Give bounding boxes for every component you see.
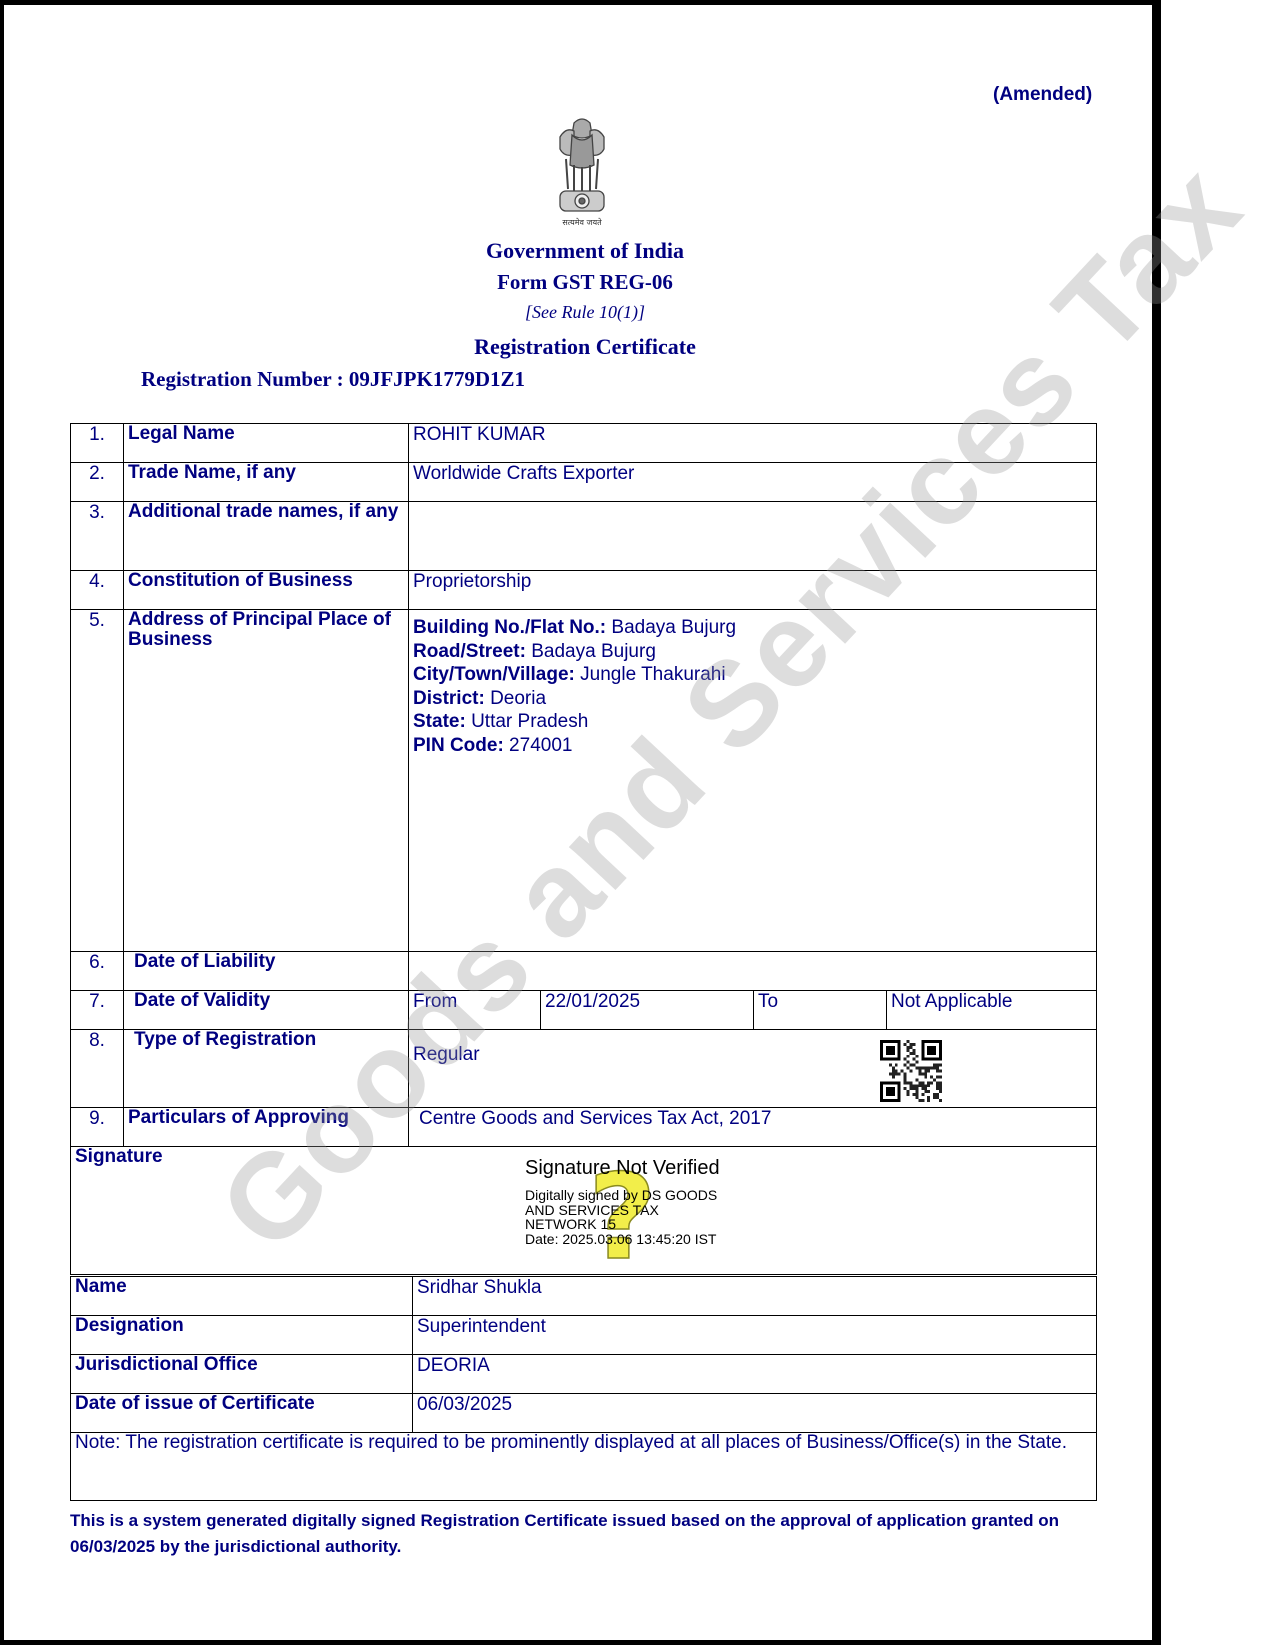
address-value: Building No./Flat No.: Badaya Bujurg Roa… (409, 610, 1097, 952)
table-row: 7. Date of Validity From 22/01/2025 To N… (71, 991, 1097, 1030)
validity-from-label: From (409, 991, 541, 1030)
national-emblem-icon: सत्यमेव जयते (552, 115, 612, 227)
officer-name-value: Sridhar Shukla (413, 1277, 1097, 1316)
table-row: 2. Trade Name, if any Worldwide Crafts E… (71, 463, 1097, 502)
label-trade-name: Trade Name, if any (124, 463, 409, 502)
label-additional-trade-names: Additional trade names, if any (124, 502, 409, 571)
table-row: 9. Particulars of Approving Centre Goods… (71, 1108, 1097, 1147)
table-row: 3. Additional trade names, if any (71, 502, 1097, 571)
certificate-title: Registration Certificate (385, 334, 785, 360)
label-particulars: Particulars of Approving (124, 1108, 409, 1147)
label-legal-name: Legal Name (124, 424, 409, 463)
validity-to-label: To (754, 991, 887, 1030)
label-date-of-liability: Date of Liability (124, 952, 409, 991)
note-row: Note: The registration certificate is re… (71, 1433, 1097, 1501)
table-row: 5. Address of Principal Place of Busines… (71, 610, 1097, 952)
trade-name-value: Worldwide Crafts Exporter (409, 463, 1097, 502)
label-date-of-validity: Date of Validity (124, 991, 409, 1030)
constitution-value: Proprietorship (409, 571, 1097, 610)
label-address: Address of Principal Place of Business (124, 610, 409, 952)
label-type-of-registration: Type of Registration (124, 1030, 409, 1108)
qr-code-icon (880, 1040, 942, 1102)
registration-number: Registration Number : 09JFJPK1779D1Z1 (141, 367, 525, 392)
table-row: Jurisdictional Office DEORIA (71, 1355, 1097, 1394)
amended-label: (Amended) (993, 84, 1092, 106)
label-officer-name: Name (71, 1277, 413, 1316)
date-of-issue-value: 06/03/2025 (413, 1394, 1097, 1433)
date-of-liability-value (409, 952, 1097, 991)
note-text: Note: The registration certificate is re… (71, 1433, 1097, 1501)
signature-details: Digitally signed by DS GOODS AND SERVICE… (525, 1188, 717, 1246)
additional-trade-names-value (409, 502, 1097, 571)
table-row: 8. Type of Registration Regular (71, 1030, 1097, 1108)
details-table: 1. Legal Name ROHIT KUMAR 2. Trade Name,… (70, 423, 1097, 1275)
footnote: This is a system generated digitally sig… (70, 1508, 1100, 1560)
rule-reference: [See Rule 10(1)] (385, 302, 785, 323)
table-row: Designation Superintendent (71, 1316, 1097, 1355)
form-name: Form GST REG-06 (385, 270, 785, 295)
officer-table: Name Sridhar Shukla Designation Superint… (70, 1276, 1097, 1501)
table-row: 4. Constitution of Business Proprietorsh… (71, 571, 1097, 610)
table-row: Name Sridhar Shukla (71, 1277, 1097, 1316)
table-row: Date of issue of Certificate 06/03/2025 (71, 1394, 1097, 1433)
address-city: City/Town/Village: Jungle Thakurahi (413, 663, 1092, 687)
label-constitution: Constitution of Business (124, 571, 409, 610)
type-of-registration-value: Regular (409, 1030, 1097, 1108)
svg-text:सत्यमेव जयते: सत्यमेव जयते (562, 217, 602, 227)
table-row: 1. Legal Name ROHIT KUMAR (71, 424, 1097, 463)
jurisdictional-office-value: DEORIA (413, 1355, 1097, 1394)
validity-from-value: 22/01/2025 (541, 991, 754, 1030)
label-date-of-issue: Date of issue of Certificate (71, 1394, 413, 1433)
address-building: Building No./Flat No.: Badaya Bujurg (413, 616, 1092, 640)
government-title: Government of India (385, 238, 785, 264)
designation-value: Superintendent (413, 1316, 1097, 1355)
table-row: 6. Date of Liability (71, 952, 1097, 991)
address-state: State: Uttar Pradesh (413, 710, 1092, 734)
address-pin: PIN Code: 274001 (413, 734, 1092, 758)
signature-status: Signature Not Verified (525, 1157, 720, 1180)
label-designation: Designation (71, 1316, 413, 1355)
legal-name-value: ROHIT KUMAR (409, 424, 1097, 463)
label-jurisdictional-office: Jurisdictional Office (71, 1355, 413, 1394)
validity-to-value: Not Applicable (887, 991, 1097, 1030)
address-district: District: Deoria (413, 687, 1092, 711)
particulars-value: Centre Goods and Services Tax Act, 2017 (409, 1108, 1097, 1147)
address-road: Road/Street: Badaya Bujurg (413, 640, 1092, 664)
